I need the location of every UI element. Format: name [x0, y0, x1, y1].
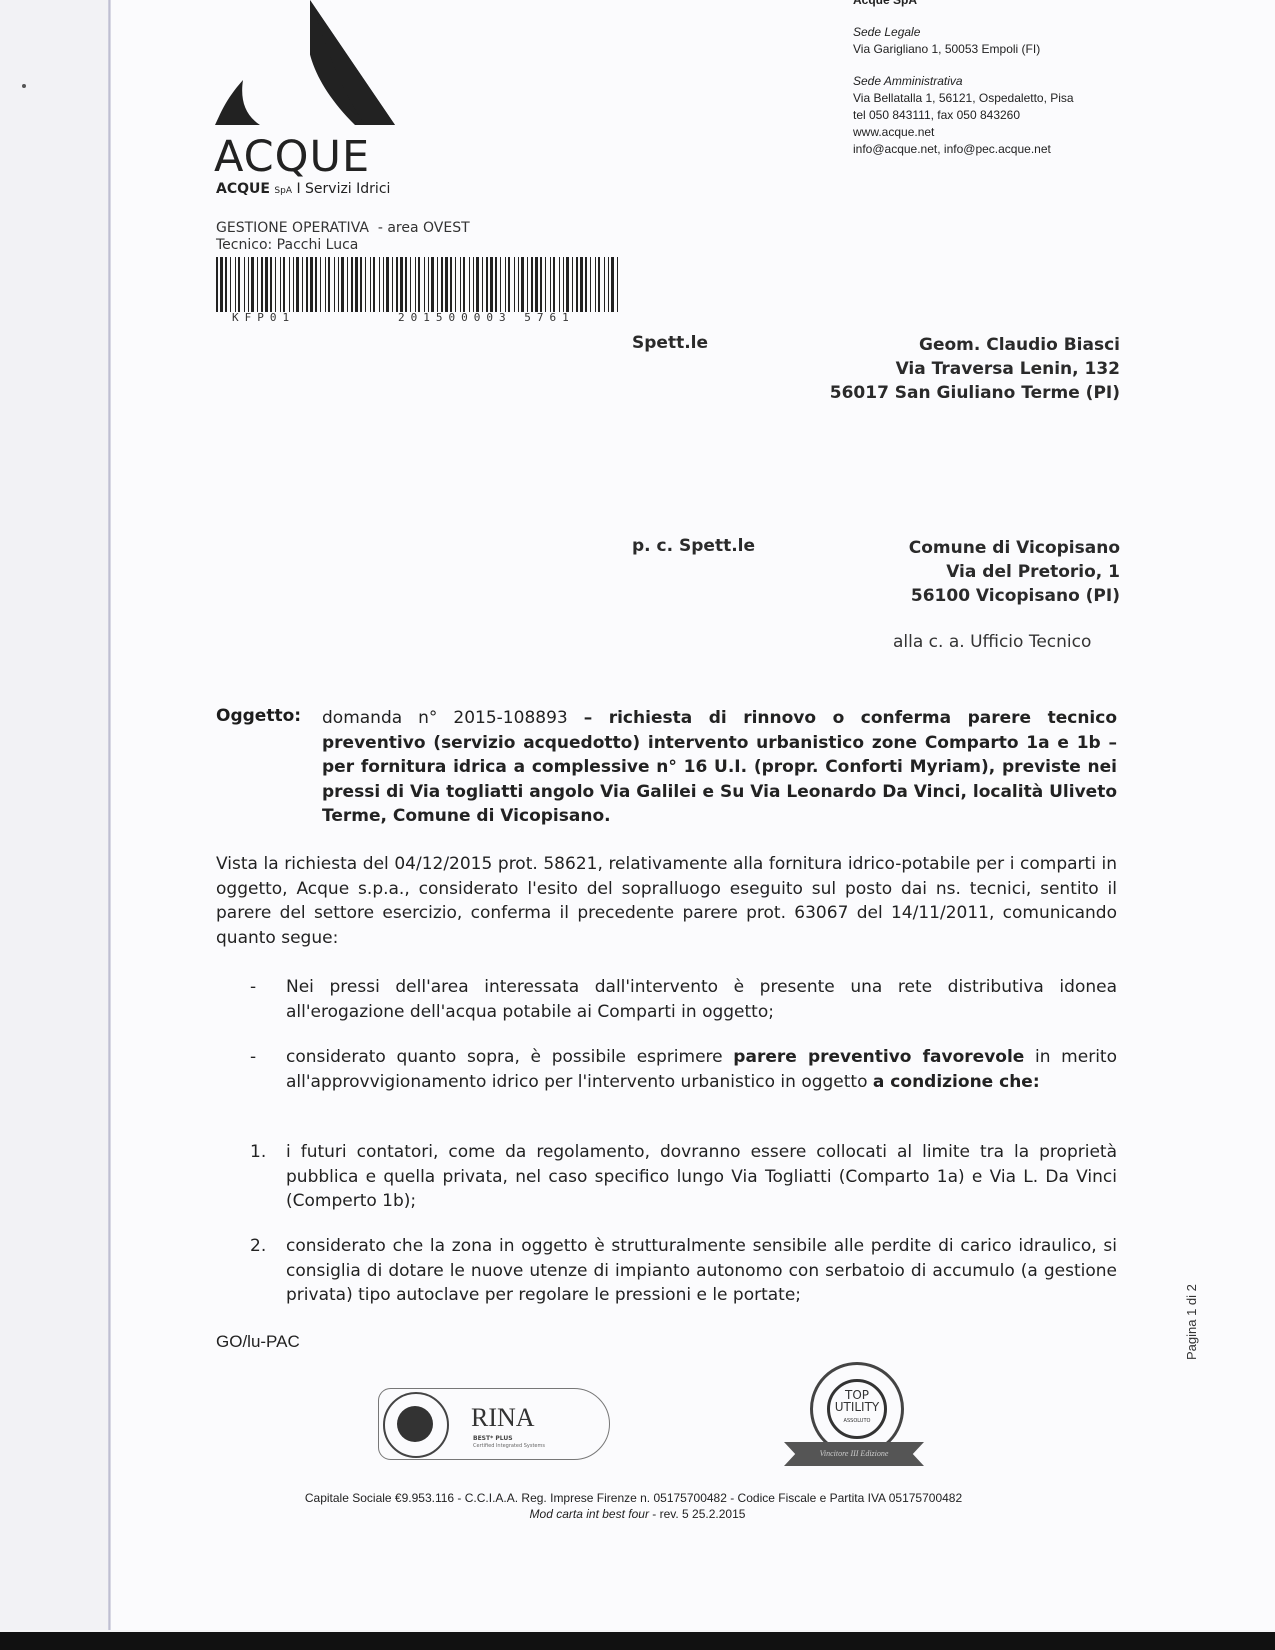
cc-line1: Comune di Vicopisano — [909, 536, 1120, 560]
barcode-prefix: KFP01 — [232, 311, 295, 324]
facing-page-strip — [0, 0, 108, 1630]
body-paragraph: Vista la richiesta del 04/12/2015 prot. … — [216, 852, 1117, 950]
number-mark: 2. — [250, 1234, 266, 1259]
rina-plus: BEST* PLUS — [473, 1435, 513, 1442]
footer-line2-italic: Mod carta int best four — [530, 1507, 649, 1521]
logo-sub-brand: ACQUE — [216, 181, 270, 197]
legal-seat-address: Via Garigliano 1, 50053 Empoli (FI) — [853, 41, 1074, 58]
top-utility-line2: UTILITY — [835, 1400, 880, 1414]
top-utility-ribbon: Vincitore III Edizione — [784, 1442, 924, 1466]
page-indicator: Pagina 1 di 2 — [1184, 1284, 1199, 1360]
cc-address: Comune di Vicopisano Via del Pretorio, 1… — [909, 536, 1120, 608]
numbered-text: considerato che la zona in oggetto è str… — [286, 1234, 1117, 1308]
cc-salutation: p. c. Spett.le — [632, 536, 755, 556]
bullet-item: - Nei pressi dell'area interessata dall'… — [250, 975, 1117, 1024]
bullet-bold-1: parere preventivo favorevole — [733, 1047, 1024, 1067]
recipient-line2: Via Traversa Lenin, 132 — [830, 357, 1120, 381]
rina-certification-logo: RINA BEST* PLUS Certified Integrated Sys… — [378, 1388, 610, 1460]
subject-label: Oggetto: — [216, 706, 301, 726]
logo-sub-rest: I Servizi Idrici — [296, 181, 390, 197]
recipient-line1: Geom. Claudio Biasci — [830, 333, 1120, 357]
numbered-item: 2. considerato che la zona in oggetto è … — [250, 1234, 1117, 1308]
cc-line3: 56100 Vicopisano (PI) — [909, 584, 1120, 608]
recipient-salutation: Spett.le — [632, 333, 708, 353]
barcode-number: 201500003 5761 — [398, 311, 575, 324]
bullet-text: Nei pressi dell'area interessata dall'in… — [286, 975, 1117, 1024]
department: GESTIONE OPERATIVA - area OVEST — [216, 220, 470, 237]
cc-line2: Via del Pretorio, 1 — [909, 560, 1120, 584]
company-name: Acque SpA — [853, 0, 1074, 9]
email-links[interactable]: info@acque.net, info@pec.acque.net — [853, 141, 1074, 158]
bullet-item: - considerato quanto sopra, è possibile … — [250, 1045, 1117, 1094]
rina-seal-icon — [383, 1392, 449, 1458]
bullet-mark: - — [250, 1045, 256, 1070]
top-utility-small: ASSOLUTO — [813, 1415, 901, 1427]
acque-logo-icon — [215, 0, 395, 135]
numbered-item: 1. i futuri contatori, come da regolamen… — [250, 1140, 1117, 1214]
number-mark: 1. — [250, 1140, 266, 1165]
scan-speck — [22, 84, 26, 88]
bullet-mark: - — [250, 975, 256, 1000]
reference-code: GO/lu-PAC — [216, 1332, 300, 1352]
phone-fax: tel 050 843111, fax 050 843260 — [853, 107, 1074, 124]
department-block: GESTIONE OPERATIVA - area OVEST Tecnico:… — [216, 220, 470, 254]
scan-bottom-edge — [0, 1632, 1275, 1650]
legal-seat-label: Sede Legale — [853, 25, 920, 39]
bullet-bold-2: a condizione che: — [873, 1072, 1040, 1092]
recipient-line3: 56017 San Giuliano Terme (PI) — [830, 381, 1120, 405]
admin-seat-label: Sede Amministrativa — [853, 74, 963, 88]
company-info: Acque SpA Sede Legale Via Garigliano 1, … — [853, 0, 1074, 158]
bullet-text-before: considerato quanto sopra, è possibile es… — [286, 1047, 733, 1067]
bullet-text: considerato quanto sopra, è possibile es… — [286, 1045, 1117, 1094]
top-utility-badge: TOP UTILITY ASSOLUTO Vincitore III Edizi… — [784, 1362, 924, 1472]
website-link[interactable]: www.acque.net — [853, 124, 1074, 141]
logo-subtitle: ACQUE SpA I Servizi Idrici — [216, 181, 390, 197]
footer-line2: Mod carta int best four - rev. 5 25.2.20… — [0, 1506, 1275, 1522]
footer-line2-rest: - rev. 5 25.2.2015 — [649, 1507, 746, 1521]
footer: Capitale Sociale €9.953.116 - C.C.I.A.A.… — [0, 1490, 1275, 1522]
logo-wordmark: ACQUE — [214, 132, 370, 182]
rina-cert: Certified Integrated Systems — [473, 1443, 545, 1449]
logo-sub-spa: SpA — [274, 186, 292, 196]
recipient-address: Geom. Claudio Biasci Via Traversa Lenin,… — [830, 333, 1120, 405]
footer-line1: Capitale Sociale €9.953.116 - C.C.I.A.A.… — [305, 1490, 962, 1506]
numbered-text: i futuri contatori, come da regolamento,… — [286, 1140, 1117, 1214]
barcode-icon — [216, 257, 622, 312]
technician: Tecnico: Pacchi Luca — [216, 237, 470, 254]
subject-intro: domanda n° 2015-108893 — [322, 708, 568, 728]
attention-line: alla c. a. Ufficio Tecnico — [893, 632, 1091, 652]
subject-text: domanda n° 2015-108893 – richiesta di ri… — [322, 706, 1117, 829]
top-utility-seal-icon: TOP UTILITY ASSOLUTO — [810, 1362, 904, 1456]
admin-seat-address: Via Bellatalla 1, 56121, Ospedaletto, Pi… — [853, 90, 1074, 107]
rina-name: RINA — [471, 1403, 535, 1433]
